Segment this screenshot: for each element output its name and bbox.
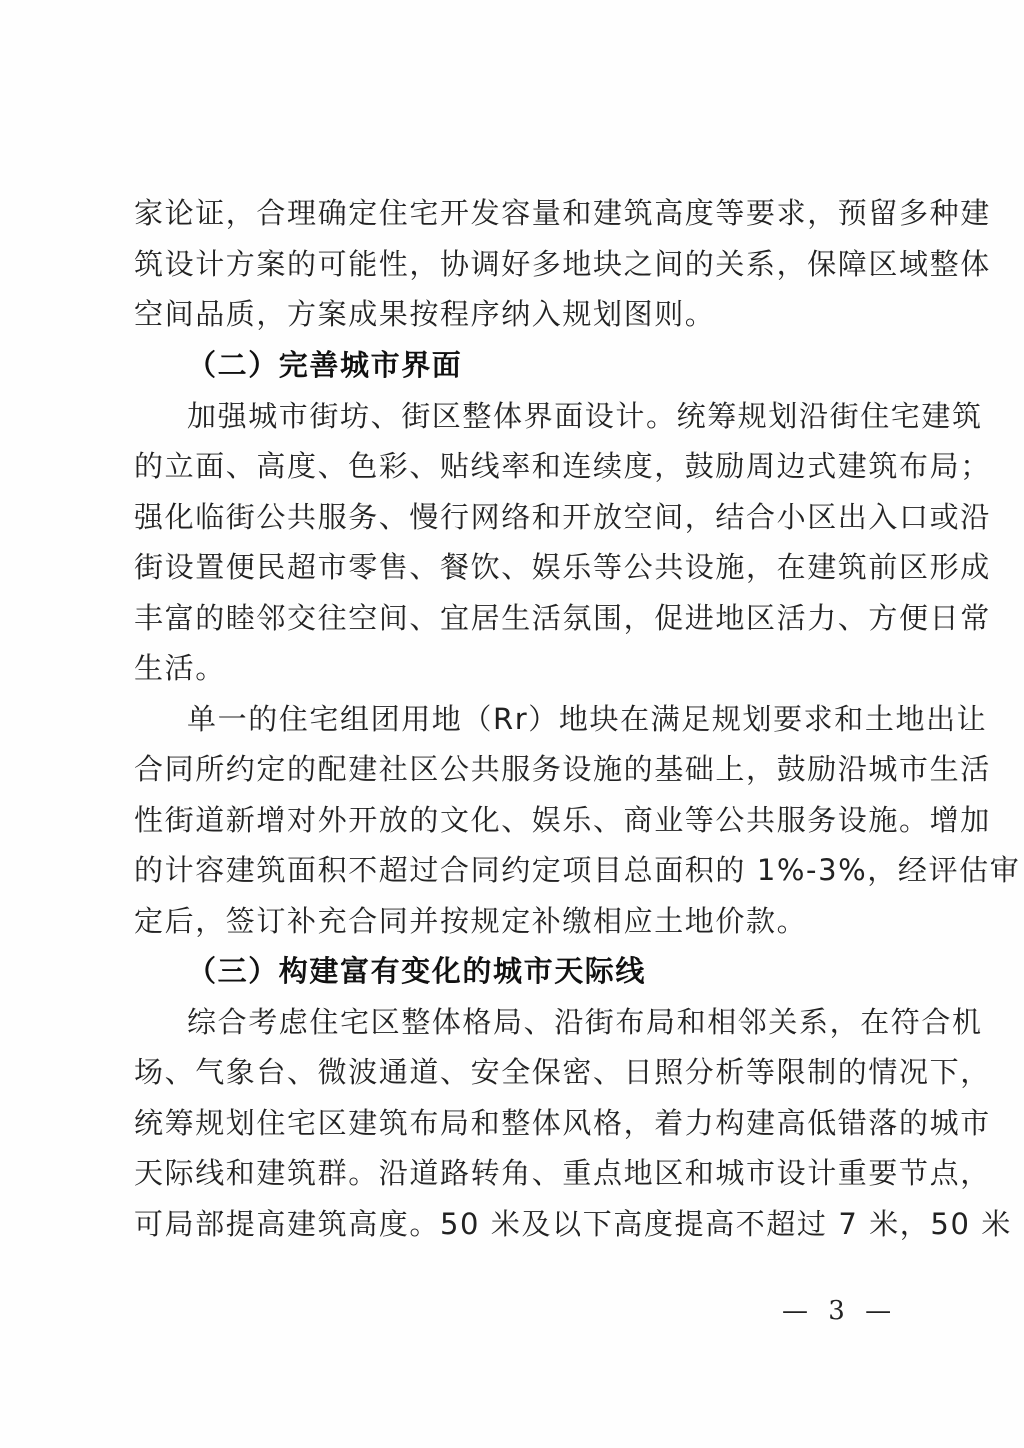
body-text-line: 天际线和建筑群。沿道路转角、重点地区和城市设计重要节点， [134, 1157, 894, 1189]
body-text-line: 性街道新增对外开放的文化、娱乐、商业等公共服务设施。增加 [134, 804, 894, 836]
page-number: — 3 — [782, 1296, 897, 1326]
body-text-line: 合同所约定的配建社区公共服务设施的基础上，鼓励沿城市生活 [134, 753, 894, 785]
paragraph-first-line: 单一的住宅组团用地（Rr）地块在满足规划要求和土地出让 [187, 703, 894, 735]
body-text-line: 统筹规划住宅区建筑布局和整体风格，着力构建高低错落的城市 [134, 1107, 894, 1139]
body-text-line: 家论证，合理确定住宅开发容量和建筑高度等要求，预留多种建 [134, 197, 894, 229]
document-page: 家论证，合理确定住宅开发容量和建筑高度等要求，预留多种建 筑设计方案的可能性，协… [0, 0, 1024, 1448]
body-text-line: 空间品质，方案成果按程序纳入规划图则。 [134, 298, 894, 330]
body-text-line: 街设置便民超市零售、餐饮、娱乐等公共设施，在建筑前区形成 [134, 551, 894, 583]
body-text-line: 场、气象台、微波通道、安全保密、日照分析等限制的情况下， [134, 1056, 894, 1088]
body-text-line: 生活。 [134, 652, 894, 684]
body-text-line: 可局部提高建筑高度。50 米及以下高度提高不超过 7 米，50 米 [134, 1208, 894, 1240]
paragraph-first-line: 加强城市街坊、街区整体界面设计。统筹规划沿街住宅建筑 [187, 400, 894, 432]
section-heading-2: （二）完善城市界面 [187, 349, 462, 381]
body-text-line: 丰富的睦邻交往空间、宜居生活氛围，促进地区活力、方便日常 [134, 602, 894, 634]
section-heading-3: （三）构建富有变化的城市天际线 [187, 955, 646, 987]
body-text-line: 定后，签订补充合同并按规定补缴相应土地价款。 [134, 905, 894, 937]
body-text-line: 的立面、高度、色彩、贴线率和连续度，鼓励周边式建筑布局； [134, 450, 894, 482]
paragraph-first-line: 综合考虑住宅区整体格局、沿街布局和相邻关系，在符合机 [187, 1006, 894, 1038]
body-text-line: 的计容建筑面积不超过合同约定项目总面积的 1%-3%，经评估审 [134, 854, 894, 886]
body-text-line: 强化临街公共服务、慢行网络和开放空间，结合小区出入口或沿 [134, 501, 894, 533]
body-text-line: 筑设计方案的可能性，协调好多地块之间的关系，保障区域整体 [134, 248, 894, 280]
